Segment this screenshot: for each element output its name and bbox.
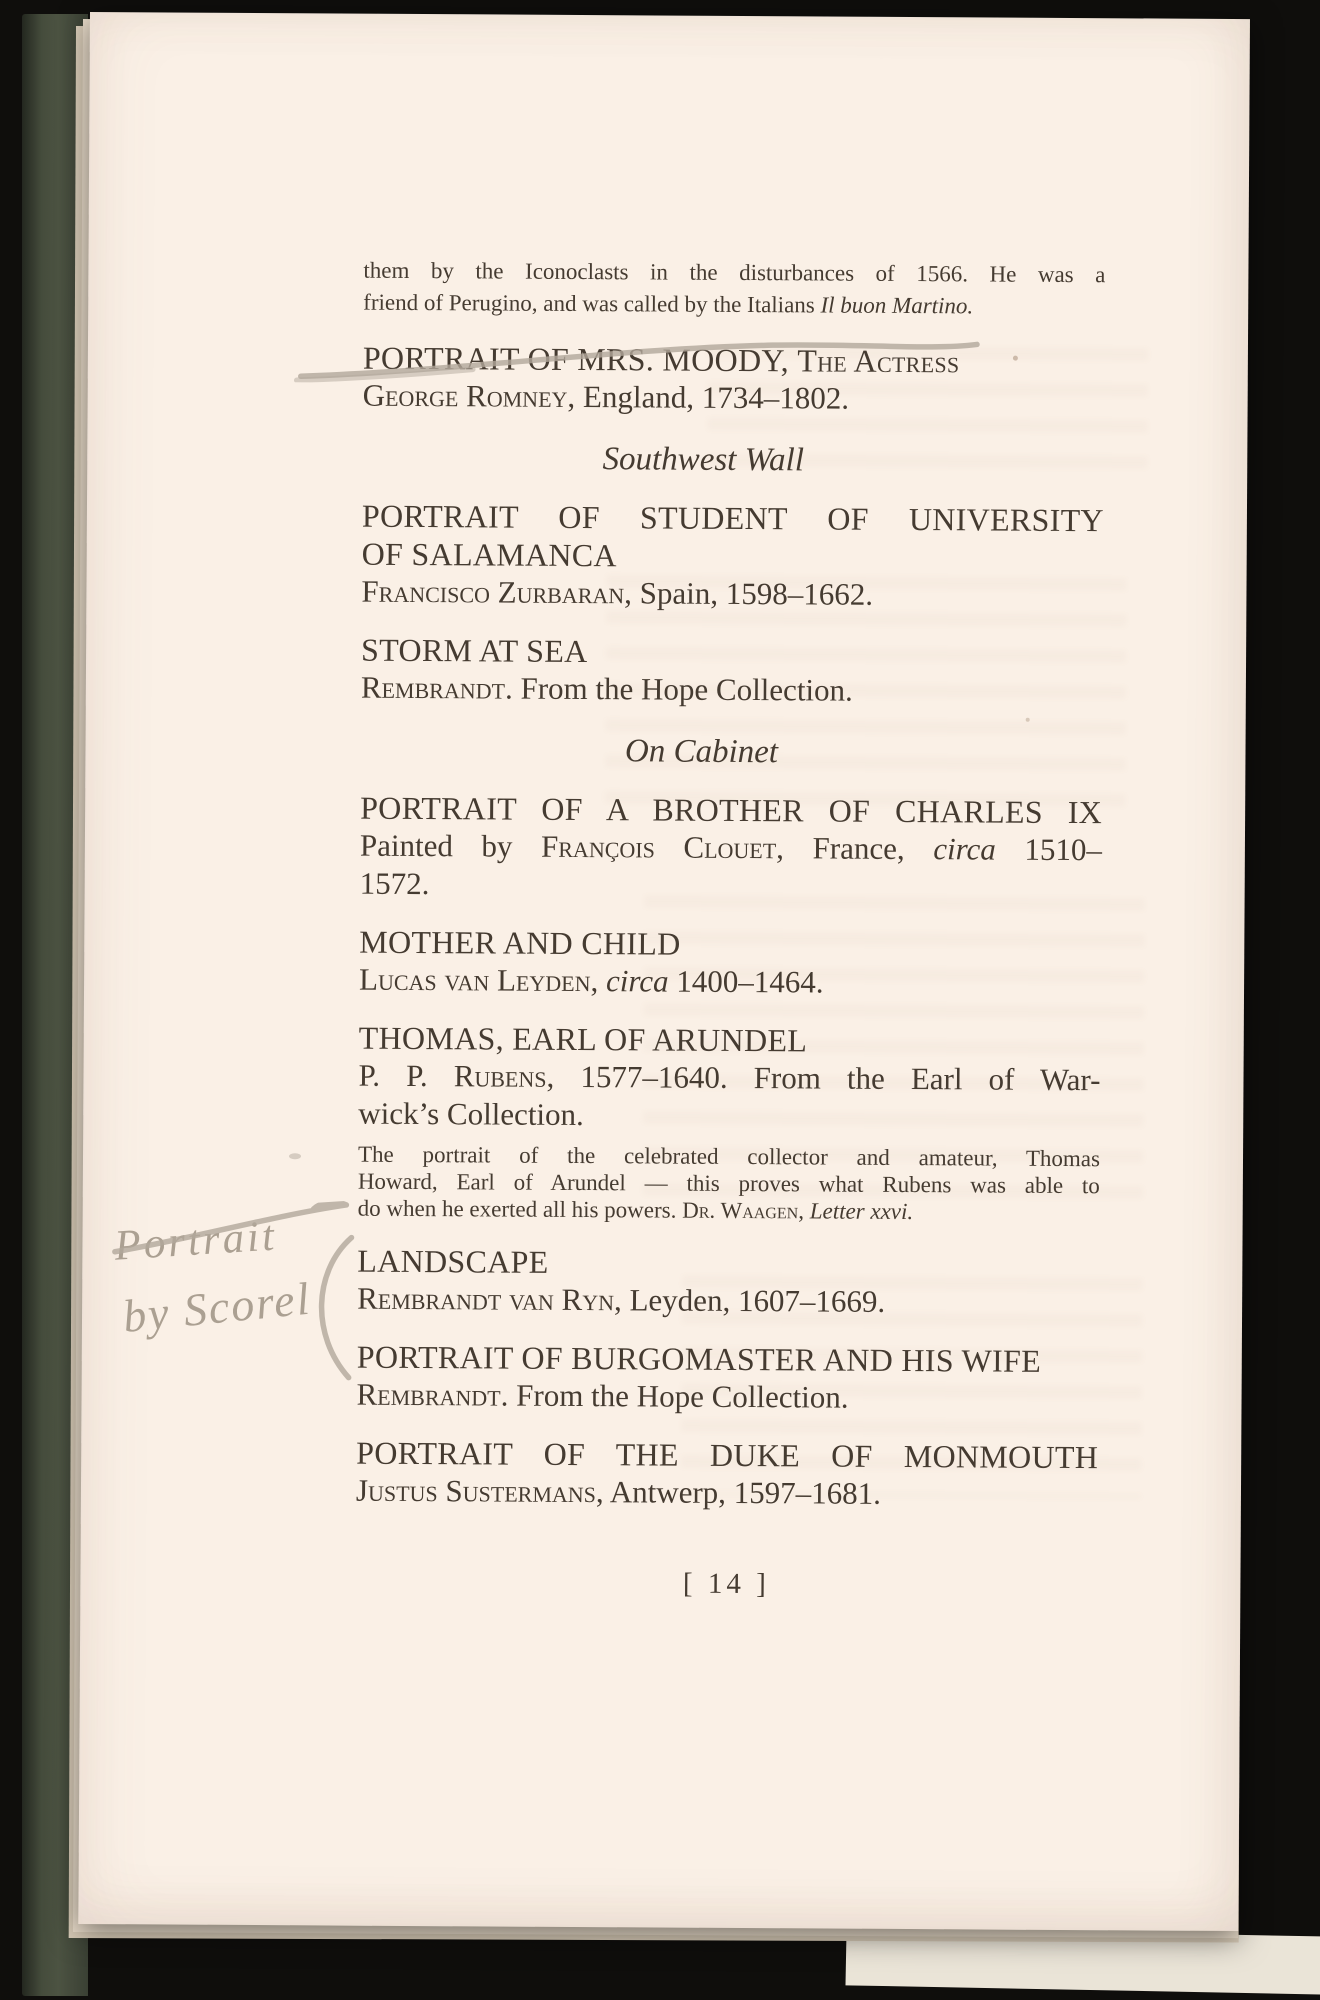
entry-title: LANDSCAPE (357, 1242, 1099, 1285)
text-run: , (798, 1198, 810, 1223)
text-run: Rembrandt (361, 670, 505, 706)
pencil-strikethrough (293, 330, 983, 386)
paragraph-line: them by the Iconoclasts in the disturban… (363, 255, 1105, 292)
catalog-entry: MOTHER AND CHILDLucas van Leyden, circa … (359, 923, 1101, 1004)
text-run: PORTRAIT OF STUDENT OF UNIVERSITY (362, 498, 1104, 539)
text-run: , (590, 963, 606, 998)
text-run: circa (933, 831, 996, 866)
entry-title: OF SALAMANCA (362, 535, 1104, 578)
screenshot-root: { "palette": { "paper": "#faf0e6", "ink"… (0, 0, 1320, 2000)
text-run: , Spain, 1598–1662. (624, 575, 873, 612)
section-heading: Southwest Wall (362, 439, 1044, 481)
text-run: The portrait of the celebrated collector… (358, 1142, 1100, 1172)
entry-credit: Francisco Zurbaran, Spain, 1598–1662. (361, 573, 1103, 616)
entry-credit: Lucas van Leyden, circa 1400–1464. (359, 961, 1101, 1004)
catalog-entry: THOMAS, EARL OF ARUNDELP. P. Rubens, 157… (358, 1019, 1101, 1227)
text-run: , 1577–1640. From the Earl of War- (546, 1059, 1100, 1097)
entry-title: THOMAS, EARL OF ARUNDEL (359, 1019, 1101, 1062)
text-run: PORTRAIT OF BURGOMASTER AND HIS WIFE (357, 1339, 1041, 1379)
text-run: , Antwerp, 1597–1681. (596, 1474, 881, 1511)
catalog-entry: PORTRAIT OF A BROTHER OF CHARLES IXPaint… (360, 789, 1103, 908)
text-run: MOTHER AND CHILD (359, 924, 680, 962)
entry-title: PORTRAIT OF THE DUKE OF MONMOUTH (356, 1434, 1098, 1477)
text-run: Dr. Waagen (682, 1198, 798, 1224)
text-run: PORTRAIT OF THE DUKE OF MONMOUTH (356, 1435, 1098, 1476)
entry-credit: P. P. Rubens, 1577–1640. From the Earl o… (358, 1057, 1100, 1100)
entry-note: The portrait of the celebrated collector… (358, 1141, 1100, 1227)
catalog-entry: PORTRAIT OF BURGOMASTER AND HIS WIFERemb… (356, 1338, 1098, 1419)
text-run: 1510– (996, 832, 1102, 868)
pencil-smudge (289, 1153, 301, 1159)
text-run: friend of Perugino, and was called by th… (363, 290, 820, 318)
note-line: do when he exerted all his powers. Dr. W… (358, 1195, 1100, 1227)
text-run: STORM AT SEA (361, 632, 588, 669)
text-run: Francisco Zurbaran (361, 574, 624, 611)
text-run: 1400–1464. (668, 964, 823, 1000)
entry-credit: Rembrandt. From the Hope Collection. (361, 669, 1103, 712)
text-run: Rubens (454, 1058, 547, 1094)
text-run: Painted by (360, 828, 541, 864)
paragraph-line: friend of Perugino, and was called by th… (363, 287, 1105, 324)
text-run: THOMAS, EARL OF ARUNDEL (359, 1020, 808, 1059)
text-run: Lucas van Leyden (359, 962, 591, 998)
text-run: Rembrandt (356, 1377, 500, 1413)
section-heading: On Cabinet (360, 731, 1042, 773)
catalog-entry: PORTRAIT OF MRS. MOODY, The ActressGeorg… (363, 339, 1105, 420)
entry-credit: wick’s Collection. (358, 1095, 1100, 1138)
pencil-stroke (109, 1200, 371, 1262)
entry-credit: Painted by François Clouet, France, circ… (360, 827, 1102, 870)
entry-title: MOTHER AND CHILD (359, 923, 1101, 966)
text-run: Letter xxvi. (810, 1198, 914, 1224)
text-run: François Clouet (541, 829, 776, 865)
entry-credit: 1572. (360, 865, 1102, 908)
book-page: them by the Iconoclasts in the disturban… (78, 12, 1250, 1931)
text-run: . From the Hope Collection. (501, 1378, 849, 1415)
intro-paragraph: them by the Iconoclasts in the disturban… (363, 255, 1105, 324)
catalog-entry: PORTRAIT OF STUDENT OF UNIVERSITYOF SALA… (361, 497, 1104, 616)
handwritten-note: Portrait (113, 1201, 445, 1271)
text-run: 1572. (360, 866, 430, 901)
entry-title: STORM AT SEA (361, 631, 1103, 674)
entry-title: PORTRAIT OF BURGOMASTER AND HIS WIFE (357, 1338, 1099, 1381)
margin-annotation: Portrait by Scorel (113, 1201, 450, 1338)
text-run: , France, (776, 830, 933, 866)
entry-credit: Rembrandt van Ryn, Leyden, 1607–1669. (357, 1280, 1099, 1323)
entry-credit: Rembrandt. From the Hope Collection. (356, 1376, 1098, 1419)
text-run: them by the Iconoclasts in the disturban… (363, 258, 1105, 288)
catalog-entry: PORTRAIT OF THE DUKE OF MONMOUTHJustus S… (356, 1434, 1098, 1515)
text-run: Howard, Earl of Arundel — this proves wh… (358, 1169, 1100, 1199)
text-run: PORTRAIT OF A BROTHER OF CHARLES IX (360, 790, 1102, 831)
text-run: Il buon Martino. (820, 292, 973, 318)
entry-title: PORTRAIT OF A BROTHER OF CHARLES IX (360, 789, 1102, 832)
entry-credit: Justus Sustermans, Antwerp, 1597–1681. (356, 1472, 1098, 1515)
text-run: wick’s Collection. (358, 1096, 584, 1132)
text-run: . From the Hope Collection. (505, 671, 853, 708)
text-run: , Leyden, 1607–1669. (614, 1282, 885, 1319)
text-run: P. P. (358, 1058, 453, 1094)
catalog-entry: LANDSCAPERembrandt van Ryn, Leyden, 1607… (357, 1242, 1099, 1323)
entry-title: PORTRAIT OF STUDENT OF UNIVERSITY (362, 497, 1104, 540)
text-run: circa (606, 963, 669, 998)
text-run: OF SALAMANCA (362, 536, 617, 574)
page-number: [ 14 ] (355, 1566, 1097, 1604)
catalog-entry: STORM AT SEARembrandt. From the Hope Col… (361, 631, 1103, 712)
text-column: them by the Iconoclasts in the disturban… (355, 255, 1105, 1604)
text-run: Justus Sustermans (356, 1473, 596, 1509)
